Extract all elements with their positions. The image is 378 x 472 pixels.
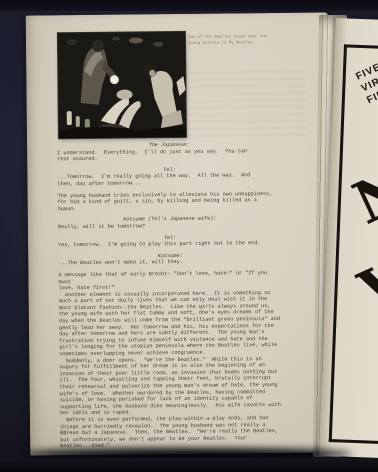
book-left-page: Two of the Beatles stand over the young …: [26, 12, 333, 455]
photographed-book-scene: Two of the Beatles stand over the young …: [0, 0, 378, 472]
body-paragraph: The young husband tries exclusively to a…: [58, 190, 282, 212]
ad-border-frame: FIVE N VIRTUO FIBERS N V: [329, 44, 378, 447]
page-text-column: The Japanese: I understand. Everything. …: [57, 141, 284, 450]
film-still-photo: [58, 32, 186, 138]
dark-top-band: [0, 0, 378, 11]
film-still-graphic: [58, 32, 186, 138]
photo-caption: Two of the Beatles stand over the young …: [188, 35, 278, 47]
dialogue-line: I understand. Everything. I'll do just a…: [57, 148, 281, 164]
ad-big-letter-n: N: [345, 158, 378, 233]
dialogue-line: ...Tomorrow. I'm really going all the wa…: [57, 172, 281, 188]
dialogue-line: Really, will it be tomorrow?: [58, 222, 282, 231]
body-paragraph: A message like that of early Brecht: "Do…: [58, 270, 282, 292]
body-paragraph: Suddenly, a door opens. "We're the Beatl…: [59, 356, 284, 418]
dialogue-line: Yes, tomorrow. I'm going to play this pa…: [58, 240, 282, 249]
dark-bottom-band: [0, 458, 378, 472]
body-paragraph: Another element is casually incorporated…: [59, 290, 284, 358]
body-paragraph: Before it is even performed, the play-wi…: [60, 415, 284, 450]
page-showthrough: [176, 71, 307, 142]
dialogue-line: ...The Beatles won't make it, will they.: [58, 258, 282, 267]
page-number: 28: [60, 429, 67, 436]
photo-caption-line2: young actress in My Beatles.: [188, 40, 278, 46]
ad-headline: FIVE N VIRTUO FIBERS: [354, 53, 378, 107]
ad-big-letter-v: V: [352, 250, 378, 322]
